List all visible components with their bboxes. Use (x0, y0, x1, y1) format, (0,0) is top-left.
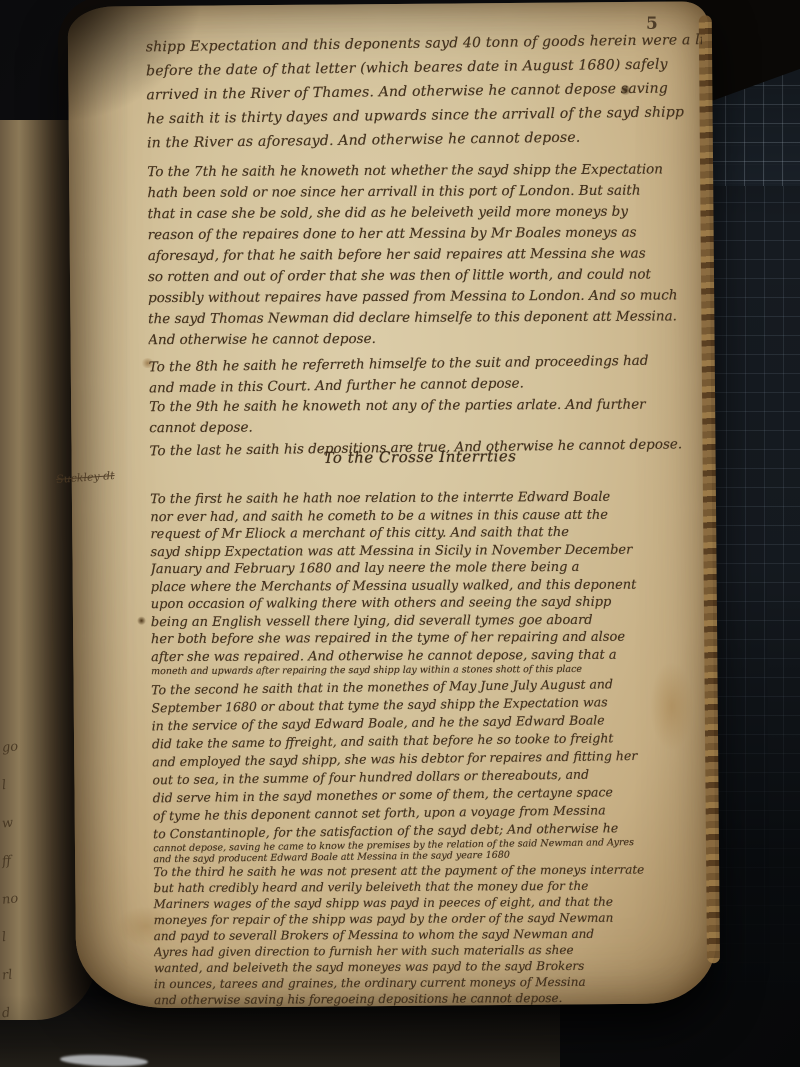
paragraph: To the 8th he saith he referreth himself… (149, 350, 706, 399)
manuscript-line: reason of the repaires done to her att M… (162, 222, 704, 246)
facing-page-text-fragment: l (1, 930, 7, 945)
foxing-stain (137, 616, 146, 625)
manuscript-line: possibly without repaires have passed fr… (162, 285, 704, 309)
manuscript-line: the sayd Thomas Newman did declare himse… (162, 306, 704, 330)
cross-interrogatories-heading: To the Crosse Interrties (290, 447, 550, 467)
manuscript-photo: golwffnolrld shipp Expectation and this … (0, 0, 800, 1067)
manuscript-line: To the 7th he saith he knoweth not wheth… (161, 159, 703, 183)
manuscript-line: sayd shipp Expectation was att Messina i… (164, 541, 706, 561)
folio-number: 5 (646, 14, 658, 34)
manuscript-line: To the third he saith he was not present… (167, 861, 709, 880)
manuscript-line: hath been sold or noe since her arrivall… (161, 180, 703, 204)
manuscript-line: To the 9th he saith he knoweth not any o… (163, 394, 705, 418)
facing-page-text-fragment: no (1, 891, 19, 908)
facing-page-text-fragment: go (1, 739, 19, 756)
paragraph: To the first he saith he hath noe relati… (150, 488, 707, 677)
manuscript-line: so rotten and out of order that she was … (162, 264, 704, 288)
facing-page-text-fragment: l (1, 778, 7, 793)
facing-page-text-fragment: ff (1, 854, 12, 870)
facing-page-text-fragment: w (1, 815, 14, 831)
paragraph: To the second he saith that in the monet… (151, 674, 709, 865)
paragraph: shipp Expectation and this deponents say… (146, 29, 703, 155)
text-column: shipp Expectation and this deponents say… (146, 29, 710, 1009)
facing-page-text-fragment: rl (1, 967, 13, 983)
manuscript-page: shipp Expectation and this deponents say… (68, 1, 717, 1009)
manuscript-line: that in case she be sold, she did as he … (162, 201, 704, 225)
manuscript-line: And otherwise he cannot depose. (162, 327, 704, 351)
manuscript-line: place where the Merchants of Messina usu… (165, 576, 707, 596)
paragraph: To the third he saith he was not present… (153, 861, 710, 1008)
manuscript-line: aforesayd, for that he saith before her … (162, 243, 704, 267)
paragraph: To the 7th he saith he knoweth not wheth… (147, 159, 704, 351)
paragraph: To the 9th he saith he knoweth not any o… (149, 394, 705, 439)
